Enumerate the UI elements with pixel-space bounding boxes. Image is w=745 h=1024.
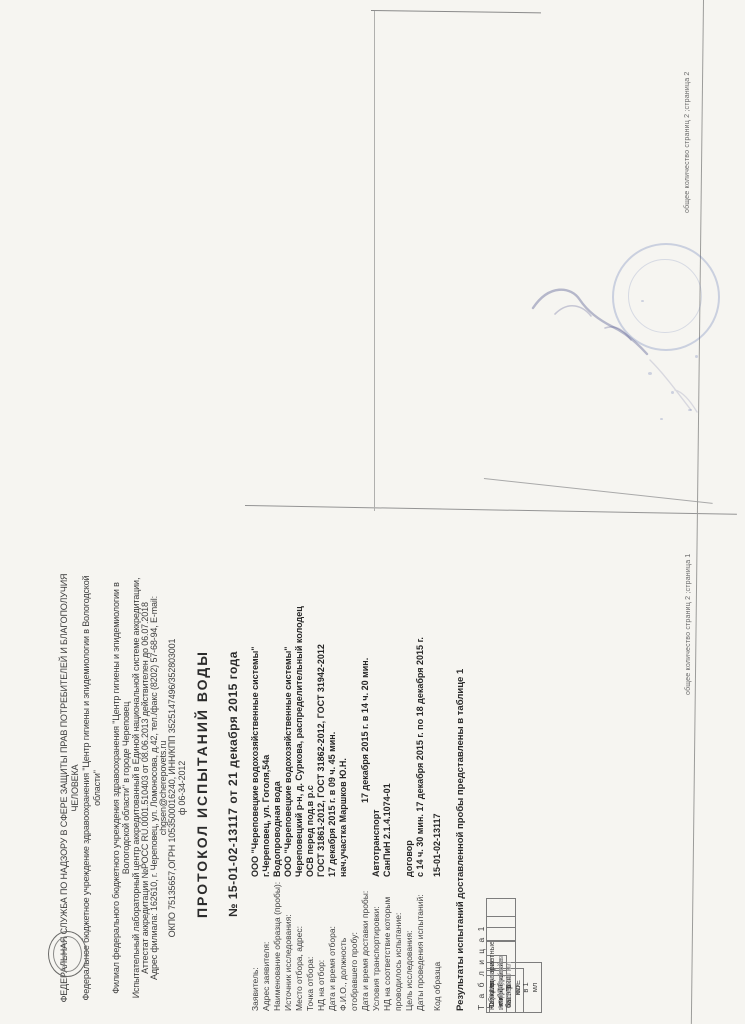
requisite-value: СанПиН 2.1.4.1074-01 bbox=[382, 783, 392, 877]
requisite-label: НД на соответствие которым bbox=[382, 897, 392, 1011]
letterhead-line: области" bbox=[92, 552, 102, 1024]
requisite-value: ООО "Череповецкие водохозяйственные сист… bbox=[283, 646, 293, 877]
requisite-label: Дата и время отбора: bbox=[327, 926, 337, 1011]
requisite-label: Наименование образца (пробы): bbox=[272, 882, 282, 1011]
requisite-value: Череповецкий р-н, д. Суркова, распредели… bbox=[294, 606, 304, 877]
requisite-label: Код образца bbox=[432, 962, 442, 1011]
results-note: Результаты испытаний доставленной пробы … bbox=[455, 669, 466, 1011]
emblem-text: РОСАККРЕДИТАЦИЯ bbox=[62, 935, 66, 975]
requisite-label: Даты проведения испытаний: bbox=[415, 894, 425, 1011]
form-number: ф 06-34-2012 bbox=[177, 552, 187, 1024]
requisite-label: Заявитель: bbox=[250, 967, 260, 1011]
requisite-label: НД на отбор: bbox=[316, 960, 326, 1011]
table-caption: Т а б л и ц а 1 bbox=[476, 925, 486, 1010]
requisite-label: Условия транспортировки: bbox=[371, 906, 381, 1011]
requisite-label: Место отбора, адрес: bbox=[294, 926, 304, 1011]
requisite-label: Цель исследования: bbox=[404, 931, 414, 1011]
page2-footer: общее количество страниц 2 ;страница 2 bbox=[684, 71, 691, 213]
page1-footer: общее количество страниц 2 ;страница 1 bbox=[685, 553, 692, 695]
requisite-label: Ф.И.О., должность bbox=[338, 938, 348, 1011]
letterhead-line: ОКПО 75135657,ОГРН 1053500016240, ИНН/КП… bbox=[167, 552, 177, 1024]
requisite-value: ГОСТ 31861-2012, ГОСТ 31862-2012, ГОСТ 3… bbox=[316, 644, 326, 877]
table-cell: МУК 4.2.1018-01 bbox=[486, 975, 516, 1013]
accreditation-emblem-icon: РОСАККРЕДИТАЦИЯ bbox=[48, 931, 87, 977]
requisite-value: г.Череповец, ул. Гоголя,54а bbox=[261, 755, 271, 877]
requisite-value: 17 декабря 2015 г. в 14 ч. 20 мин. bbox=[360, 658, 370, 803]
emblem-inner-ring bbox=[53, 936, 82, 972]
letterhead-line: Вологодской области" в городе Череповец bbox=[121, 552, 131, 1024]
requisite-label: Адрес заявителя: bbox=[261, 942, 271, 1011]
requisite-label: отобравшего пробу: bbox=[349, 932, 359, 1011]
requisite-value: Водопроводная вода bbox=[272, 781, 282, 877]
rotated-sheet: ФЕДЕРАЛЬНАЯ СЛУЖБА ПО НАДЗОРУ В СФЕРЕ ЗА… bbox=[0, 0, 745, 1024]
requisite-label: Источник исследования: bbox=[283, 914, 293, 1011]
requisite-value: с 14 ч. 30 мин. 17 декабря 2015 г. по 18… bbox=[415, 637, 425, 877]
requisite-value: нач.участка Маршков Ю.Н. bbox=[338, 758, 348, 877]
letterhead-line: Филиал федерального бюджетного учреждени… bbox=[111, 552, 121, 1024]
requisite-label: Дата и время доставки пробы: bbox=[360, 891, 370, 1011]
scanned-document: ФЕДЕРАЛЬНАЯ СЛУЖБА ПО НАДЗОРУ В СФЕРЕ ЗА… bbox=[0, 0, 745, 1024]
requisite-label: Точка отбора: bbox=[305, 957, 315, 1011]
requisite-value: ООО "Череповецкие водохозяйственные сист… bbox=[250, 646, 260, 877]
requisite-value: договор bbox=[404, 840, 414, 877]
protocol-title: ПРОТОКОЛ ИСПЫТАНИЙ ВОДЫ bbox=[194, 544, 210, 1024]
requisite-value: ОСВ перед под.в р.с bbox=[305, 785, 315, 877]
requisite-value: 17 декабря 2015 г. в 09 ч. 45 мин. bbox=[327, 732, 337, 877]
protocol-number: № 15-01-02-13117 от 21 декабря 2015 года bbox=[226, 544, 240, 1024]
requisite-value: 15-01-02-13117 bbox=[432, 813, 442, 877]
requisite-label: проводилось испытание: bbox=[393, 913, 403, 1011]
requisite-value: Автотранспорт bbox=[371, 809, 381, 877]
